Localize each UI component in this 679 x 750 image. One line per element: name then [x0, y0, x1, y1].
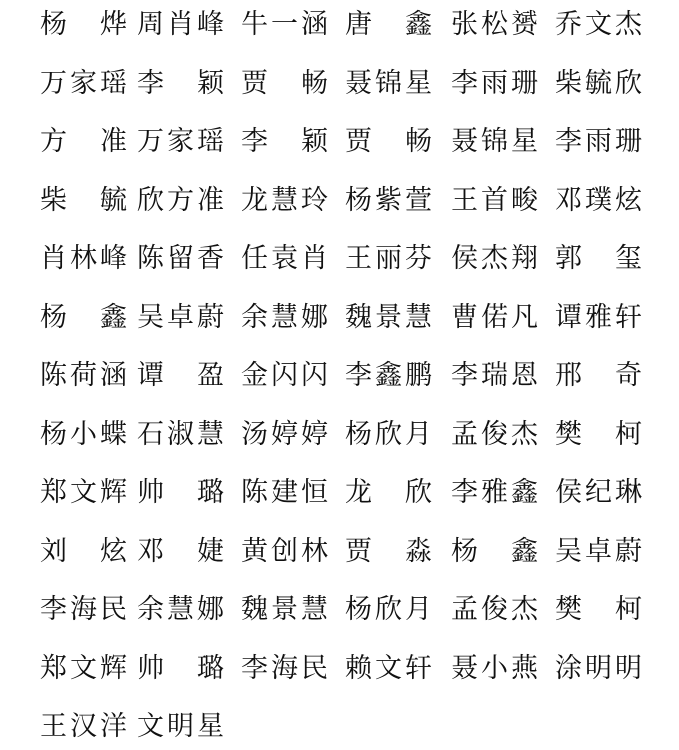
name-row: 肖林峰陈留香任袁肖王丽芬侯杰翔郭玺 [40, 239, 650, 279]
person-name: 唐鑫 [345, 5, 432, 45]
person-name: 王丽芬 [345, 239, 432, 279]
person-name: 邓婕 [137, 532, 224, 572]
person-name: 李瑞恩 [451, 356, 538, 396]
person-name: 万家瑶 [40, 64, 127, 104]
name-row: 李海民余慧娜魏景慧杨欣月孟俊杰樊柯 [40, 590, 650, 630]
person-name: 贾畅 [241, 64, 328, 104]
person-name: 涂明明 [555, 649, 642, 689]
person-name: 龙欣 [345, 473, 432, 513]
person-name: 贾淼 [345, 532, 432, 572]
person-name: 周肖峰 [137, 5, 224, 45]
person-name: 王首畯 [451, 181, 538, 221]
person-name: 聂锦星 [451, 122, 538, 162]
person-name: 刘炫 [40, 532, 127, 572]
person-name: 吴卓蔚 [137, 298, 224, 338]
person-name: 张松赟 [451, 5, 538, 45]
name-row: 陈荷涵谭盈金闪闪李鑫鹏李瑞恩邢奇 [40, 356, 650, 396]
person-name: 欣方准 [137, 181, 224, 221]
person-name: 李颖 [137, 64, 224, 104]
name-row: 王汉洋文明星 [40, 707, 650, 747]
person-name: 杨鑫 [40, 298, 127, 338]
person-name: 李雨珊 [451, 64, 538, 104]
name-row: 杨烨周肖峰牛一涵唐鑫张松赟乔文杰 [40, 5, 650, 45]
person-name: 余慧娜 [241, 298, 328, 338]
person-name: 侯纪琳 [555, 473, 642, 513]
person-name: 樊柯 [555, 415, 642, 455]
person-name: 陈荷涵 [40, 356, 127, 396]
person-name: 魏景慧 [241, 590, 328, 630]
person-name: 柴毓欣 [555, 64, 642, 104]
person-name: 杨紫萱 [345, 181, 432, 221]
person-name: 邢奇 [555, 356, 642, 396]
name-row: 杨鑫吴卓蔚余慧娜魏景慧曹偌凡谭雅轩 [40, 298, 650, 338]
name-row: 柴毓欣方准龙慧玲杨紫萱王首畯邓璞炫 [40, 181, 650, 221]
person-name: 李海民 [241, 649, 328, 689]
person-name: 李海民 [40, 590, 127, 630]
person-name: 李颖 [241, 122, 328, 162]
person-name: 孟俊杰 [451, 415, 538, 455]
person-name: 魏景慧 [345, 298, 432, 338]
person-name: 任袁肖 [241, 239, 328, 279]
person-name: 聂小燕 [451, 649, 538, 689]
person-name: 王汉洋 [40, 707, 127, 747]
person-name: 郑文辉 [40, 473, 127, 513]
person-name: 樊柯 [555, 590, 642, 630]
person-name: 龙慧玲 [241, 181, 328, 221]
person-name: 汤婷婷 [241, 415, 328, 455]
person-name: 贾畅 [345, 122, 432, 162]
person-name: 乔文杰 [555, 5, 642, 45]
person-name: 侯杰翔 [451, 239, 538, 279]
person-name: 谭雅轩 [555, 298, 642, 338]
person-name: 杨烨 [40, 5, 127, 45]
person-name: 赖文轩 [345, 649, 432, 689]
person-name: 文明星 [137, 707, 224, 747]
person-name: 黄创林 [241, 532, 328, 572]
person-name: 杨欣月 [345, 590, 432, 630]
person-name: 聂锦星 [345, 64, 432, 104]
person-name: 方准 [40, 122, 127, 162]
person-name: 帅璐 [137, 649, 224, 689]
person-name: 李雅鑫 [451, 473, 538, 513]
name-row: 刘炫邓婕黄创林贾淼杨鑫吴卓蔚 [40, 532, 650, 572]
name-row: 杨小蝶石淑慧汤婷婷杨欣月孟俊杰樊柯 [40, 415, 650, 455]
person-name: 柴毓 [40, 181, 127, 221]
person-name: 曹偌凡 [451, 298, 538, 338]
person-name: 吴卓蔚 [555, 532, 642, 572]
person-name: 牛一涵 [241, 5, 328, 45]
person-name: 石淑慧 [137, 415, 224, 455]
person-name: 陈建恒 [241, 473, 328, 513]
person-name: 万家瑶 [137, 122, 224, 162]
person-name: 陈留香 [137, 239, 224, 279]
person-name: 李鑫鹏 [345, 356, 432, 396]
person-name: 谭盈 [137, 356, 224, 396]
person-name: 肖林峰 [40, 239, 127, 279]
person-name: 李雨珊 [555, 122, 642, 162]
person-name: 孟俊杰 [451, 590, 538, 630]
name-row: 郑文辉帅璐李海民赖文轩聂小燕涂明明 [40, 649, 650, 689]
person-name: 邓璞炫 [555, 181, 642, 221]
name-row: 万家瑶李颖贾畅聂锦星李雨珊柴毓欣 [40, 64, 650, 104]
person-name: 金闪闪 [241, 356, 328, 396]
name-row: 方准万家瑶李颖贾畅聂锦星李雨珊 [40, 122, 650, 162]
person-name: 杨鑫 [451, 532, 538, 572]
person-name: 帅璐 [137, 473, 224, 513]
person-name: 郭玺 [555, 239, 642, 279]
person-name: 杨小蝶 [40, 415, 127, 455]
person-name: 余慧娜 [137, 590, 224, 630]
name-row: 郑文辉帅璐陈建恒龙欣李雅鑫侯纪琳 [40, 473, 650, 513]
person-name: 杨欣月 [345, 415, 432, 455]
person-name: 郑文辉 [40, 649, 127, 689]
